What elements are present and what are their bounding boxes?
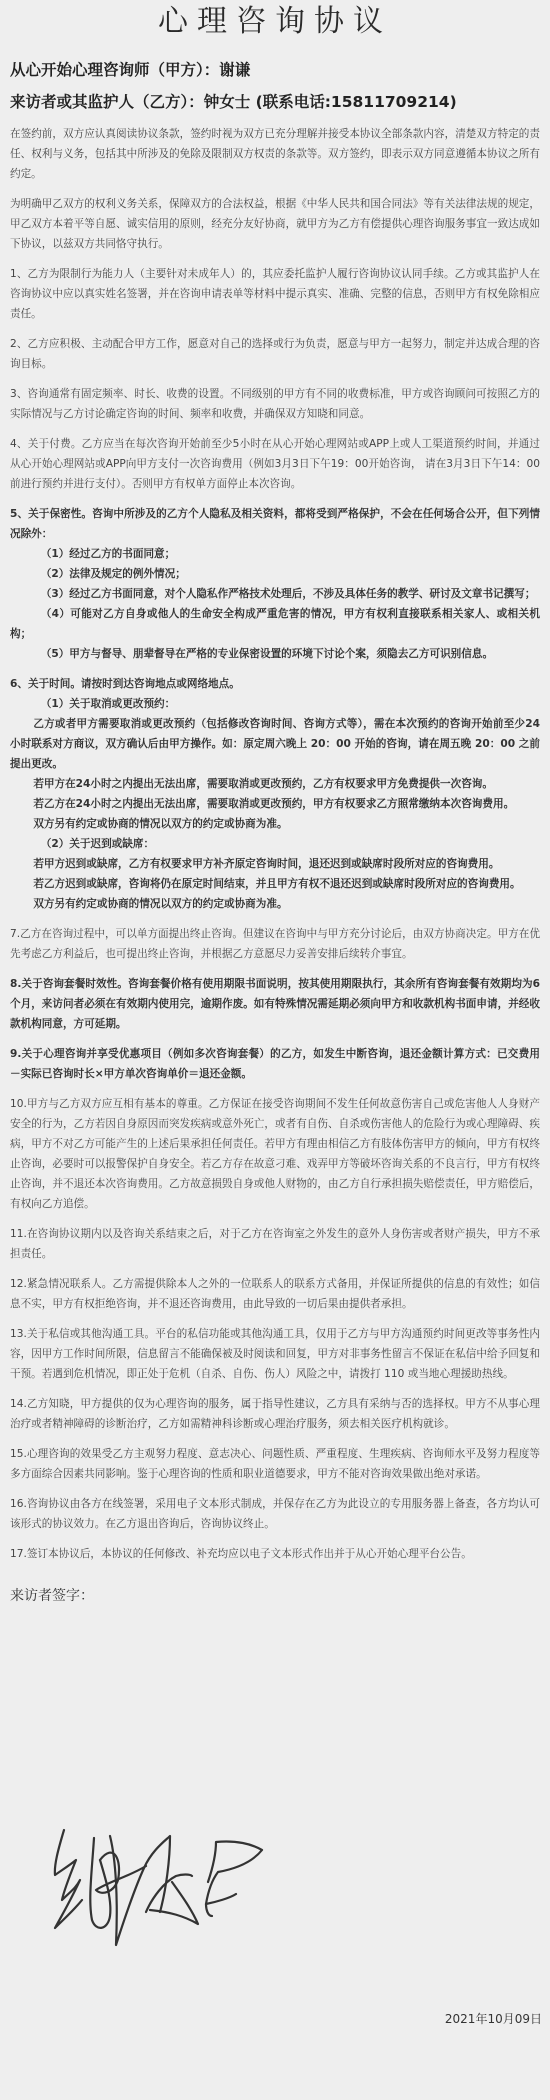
clause-5-item: （4）可能对乙方自身或他人的生命安全构成严重危害的情况，甲方有权利直接联系相关家…: [10, 604, 540, 644]
clause-5-heading: 5、关于保密性。咨询中所涉及的乙方个人隐私及相关资料，都将受到严格保护，不会在任…: [10, 504, 540, 544]
clause-6-sub1-line: 若乙方在24小时之内提出无法出席，需要取消或更改预约，甲方有权要求乙方照常缴纳本…: [10, 794, 540, 814]
clause-16: 16.咨询协议由各方在线签署，采用电子文本形式制成，并保存在乙方为此设立的专用服…: [10, 1494, 540, 1534]
clause-5-item: （5）甲方与督导、朋辈督导在严格的专业保密设置的环境下讨论个案，须隐去乙方可识别…: [10, 644, 540, 664]
clause-8: 8.关于咨询套餐时效性。咨询套餐价格有使用期限书面说明，按其使用期限执行，其余所…: [10, 974, 540, 1034]
clause-17: 17.签订本协议后，本协议的任何修改、补充均应以电子文本形式作出并于从心开始心理…: [10, 1544, 540, 1564]
clause-6-sub2-line: 双方另有约定或协商的情况以双方的约定或协商为准。: [10, 894, 540, 914]
clause-6-sub2-line: 若甲方迟到或缺席，乙方有权要求甲方补齐原定咨询时间，退还迟到或缺席时段所对应的咨…: [10, 854, 540, 874]
party-a: 从心开始心理咨询师（甲方）：谢谦: [10, 60, 540, 80]
clause-1: 1、乙方为限制行为能力人（主要针对未成年人）的，其应委托监护人履行咨询协议认同手…: [10, 264, 540, 324]
clause-10: 10.甲方与乙方双方应互相有基本的尊重。乙方保证在接受咨询期间不发生任何故意伤害…: [10, 1094, 540, 1214]
clause-14: 14.乙方知晓，甲方提供的仅为心理咨询的服务，属于指导性建议，乙方具有采纳与否的…: [10, 1394, 540, 1434]
clause-15: 15.心理咨询的效果受乙方主观努力程度、意志决心、问题性质、严重程度、生理疾病、…: [10, 1444, 540, 1484]
signing-date: 2021年10月09日: [445, 2010, 542, 2027]
party-b: 来访者或其监护人（乙方）：钟女士 (联系电话:15811709214): [10, 92, 540, 112]
clause-12: 12.紧急情况联系人。乙方需提供除本人之外的一位联系人的联系方式备用，并保证所提…: [10, 1274, 540, 1314]
clause-5-item: （3）经过乙方书面同意，对个人隐私作严格技术处理后，不涉及具体任务的教学、研讨及…: [10, 584, 540, 604]
clause-5-item: （1）经过乙方的书面同意；: [10, 544, 540, 564]
page-title: 心理咨询协议: [10, 0, 540, 46]
preamble-paragraph: 为明确甲乙双方的权利义务关系，保障双方的合法权益，根据《中华人民共和国合同法》等…: [10, 194, 540, 254]
clause-6-sub1-line: 若甲方在24小时之内提出无法出席，需要取消或更改预约，乙方有权要求甲方免费提供一…: [10, 774, 540, 794]
agreement-document: 心理咨询协议 从心开始心理咨询师（甲方）：谢谦 来访者或其监护人（乙方）：钟女士…: [0, 0, 550, 1606]
clause-3: 3、咨询通常有固定频率、时长、收费的设置。不同级别的甲方有不同的收费标准，甲方或…: [10, 384, 540, 424]
handwritten-signature-icon: [40, 1820, 300, 1960]
clause-6-sub1-line: 乙方或者甲方需要取消或更改预约（包括修改咨询时间、咨询方式等），需在本次预约的咨…: [10, 714, 540, 774]
clause-5-item: （2）法律及规定的例外情况；: [10, 564, 540, 584]
clause-9: 9.关于心理咨询并享受优惠项目（例如多次咨询套餐）的乙方，如发生中断咨询，退还金…: [10, 1044, 540, 1084]
clause-5: 5、关于保密性。咨询中所涉及的乙方个人隐私及相关资料，都将受到严格保护，不会在任…: [10, 504, 540, 664]
clause-6-sub2-line: 若乙方迟到或缺席，咨询将仍在原定时间结束，并且甲方有权不退还迟到或缺席时段所对应…: [10, 874, 540, 894]
clause-11: 11.在咨询协议期内以及咨询关系结束之后，对于乙方在咨询室之外发生的意外人身伤害…: [10, 1224, 540, 1264]
clause-7: 7.乙方在咨询过程中，可以单方面提出终止咨询。但建议在咨询中与甲方充分讨论后，由…: [10, 924, 540, 964]
intro-paragraph: 在签约前，双方应认真阅读协议条款，签约时视为双方已充分理解并接受本协议全部条款内…: [10, 124, 540, 184]
clause-13: 13.关于私信或其他沟通工具。平台的私信功能或其他沟通工具，仅用于乙方与甲方沟通…: [10, 1324, 540, 1384]
clause-6-sub1-line: 双方另有约定或协商的情况以双方的约定或协商为准。: [10, 814, 540, 834]
clause-6-sub2-title: （2）关于迟到或缺席：: [10, 834, 540, 854]
clause-6: 6、关于时间。请按时到达咨询地点或网络地点。 （1）关于取消或更改预约： 乙方或…: [10, 674, 540, 914]
clause-6-sub1-title: （1）关于取消或更改预约：: [10, 694, 540, 714]
clause-6-heading: 6、关于时间。请按时到达咨询地点或网络地点。: [10, 674, 540, 694]
clause-4: 4、关于付费。乙方应当在每次咨询开始前至少5小时在从心开始心理网站或APP上或人…: [10, 434, 540, 494]
signature-label: 来访者签字：: [10, 1586, 540, 1606]
clause-2: 2、乙方应积极、主动配合甲方工作，愿意对自己的选择或行为负责，愿意与甲方一起努力…: [10, 334, 540, 374]
